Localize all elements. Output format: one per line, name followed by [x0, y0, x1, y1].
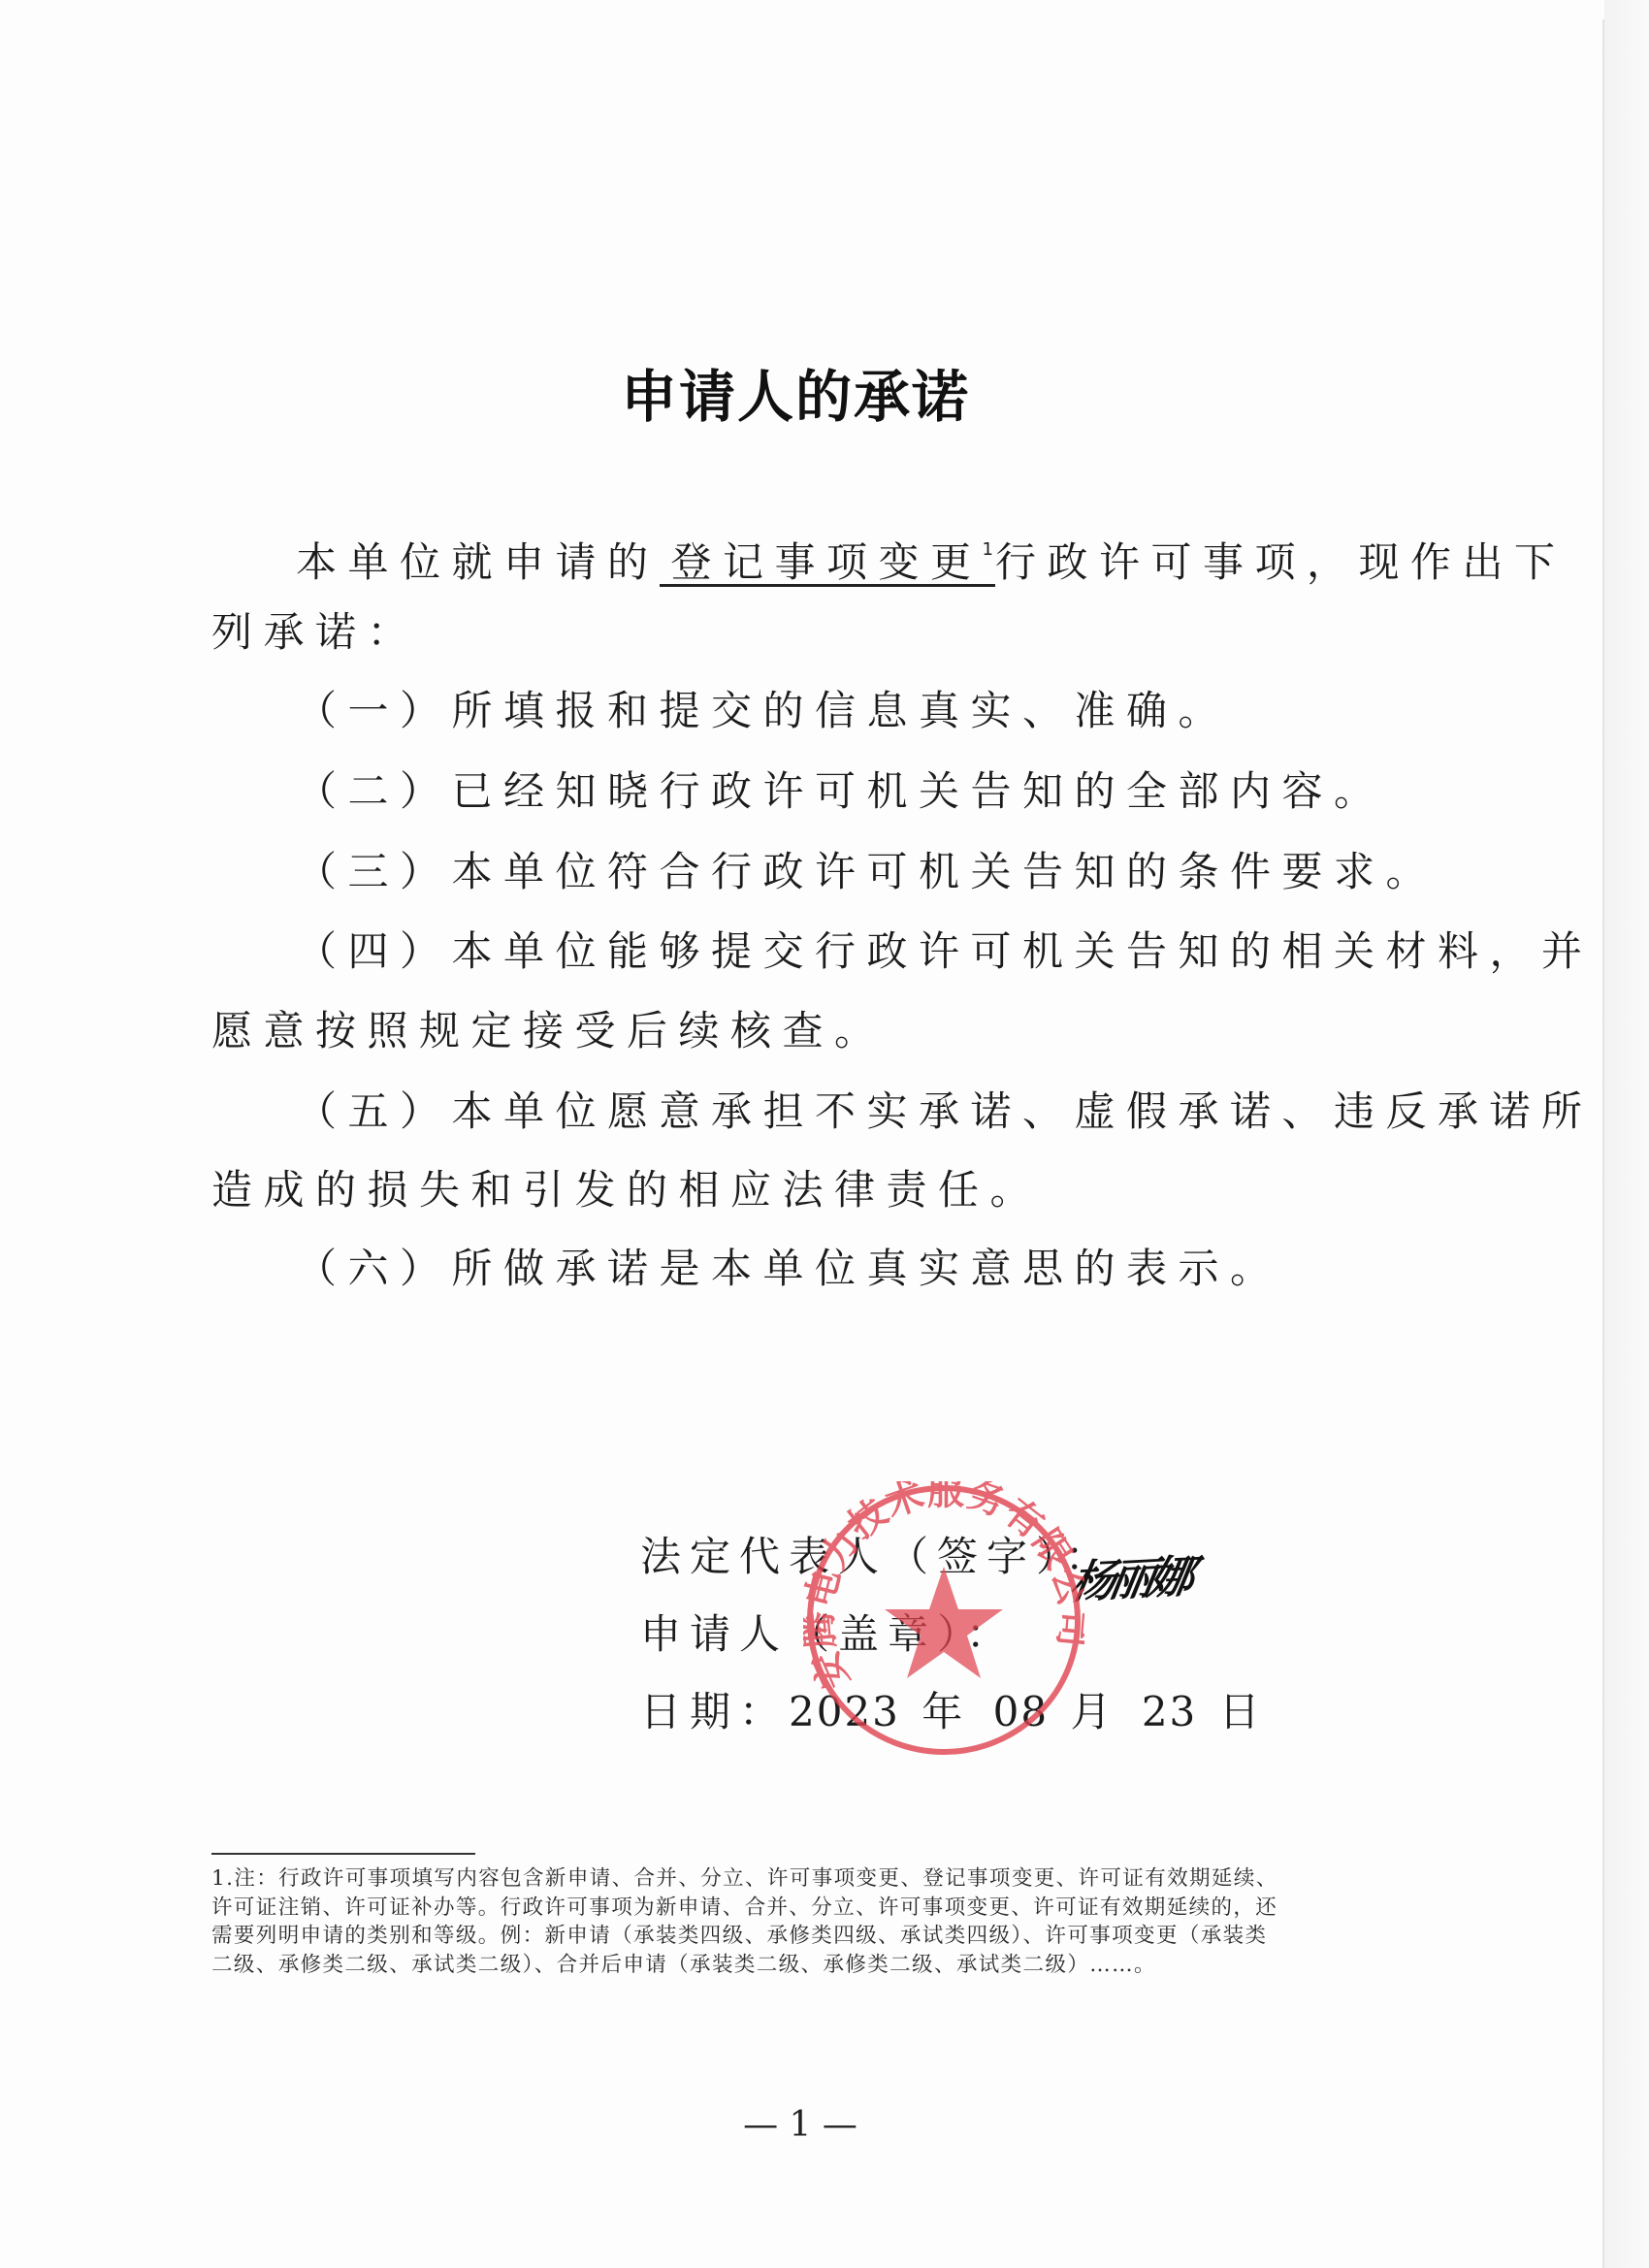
scan-edge-shade [1604, 0, 1649, 2268]
commitment-5: （五）本单位愿意承担不实承诺、虚假承诺、违反承诺所 [296, 1087, 1594, 1136]
date-month: 08 [993, 1688, 1049, 1735]
commitment-1: （一）所填报和提交的信息真实、准确。 [296, 687, 1230, 735]
footnote-divider [211, 1853, 475, 1855]
commitment-6: （六）所做承诺是本单位真实意思的表示。 [296, 1245, 1282, 1293]
footnote: 1.注：行政许可事项填写内容包含新申请、合并、分立、许可事项变更、登记事项变更、… [211, 1864, 1375, 1979]
date-day: 23 [1142, 1688, 1197, 1735]
applicant-label: 申请人（盖章）： [640, 1610, 1016, 1659]
commitment-3: （三）本单位符合行政许可机关告知的条件要求。 [296, 848, 1438, 896]
footnote-marker: 1 [983, 539, 993, 560]
intro-continuation: 列承诺： [211, 608, 419, 657]
filled-item-text: 登记事项变更 [671, 538, 983, 586]
page-title: 申请人的承诺 [0, 351, 1649, 433]
intro-suffix: 行政许可事项，现作出下 [995, 538, 1567, 586]
page-number: — 1 — [0, 2105, 1600, 2145]
seal-text: 安腾电力技术服务有限公司 [803, 1481, 1084, 1696]
date-line: 日期：2023 年 08 月 23 日 [640, 1688, 1269, 1736]
month-unit: 月 [1070, 1688, 1119, 1735]
commitment-4: （四）本单位能够提交行政许可机关告知的相关材料，并 [296, 927, 1594, 976]
svg-text:安腾电力技术服务有限公司: 安腾电力技术服务有限公司 [803, 1481, 1084, 1696]
handwritten-signature: 杨丽娜 [1066, 1541, 1194, 1611]
commitment-4-continued: 愿意按照规定接受后续核查。 [211, 1007, 887, 1055]
footnote-line: 1.注：行政许可事项填写内容包含新申请、合并、分立、许可事项变更、登记事项变更、… [211, 1864, 1375, 1894]
intro-prefix: 本单位就申请的 [296, 538, 660, 586]
day-unit: 日 [1219, 1688, 1269, 1735]
date-label: 日期： [640, 1688, 789, 1735]
filled-item-field: 登记事项变更1 [660, 529, 995, 587]
footnote-line: 二级、承修类二级、承试类二级）、合并后申请（承装类二级、承修类二级、承试类二级）… [211, 1951, 1375, 1980]
intro-line: 本单位就申请的登记事项变更1行政许可事项，现作出下 [296, 529, 1567, 587]
footnote-line: 需要列明申请的类别和等级。例：新申请（承装类四级、承修类四级、承试类四级）、许可… [211, 1922, 1375, 1951]
year-unit: 年 [921, 1688, 971, 1735]
footnote-line: 许可证注销、许可证补办等。行政许可事项为新申请、合并、分立、许可事项变更、许可证… [211, 1894, 1375, 1923]
legal-rep-label: 法定代表人（签字）： [640, 1533, 1115, 1581]
commitment-5-continued: 造成的损失和引发的相应法律责任。 [211, 1166, 1042, 1215]
date-year: 2023 [789, 1688, 900, 1735]
commitment-2: （二）已经知晓行政许可机关告知的全部内容。 [296, 767, 1386, 816]
